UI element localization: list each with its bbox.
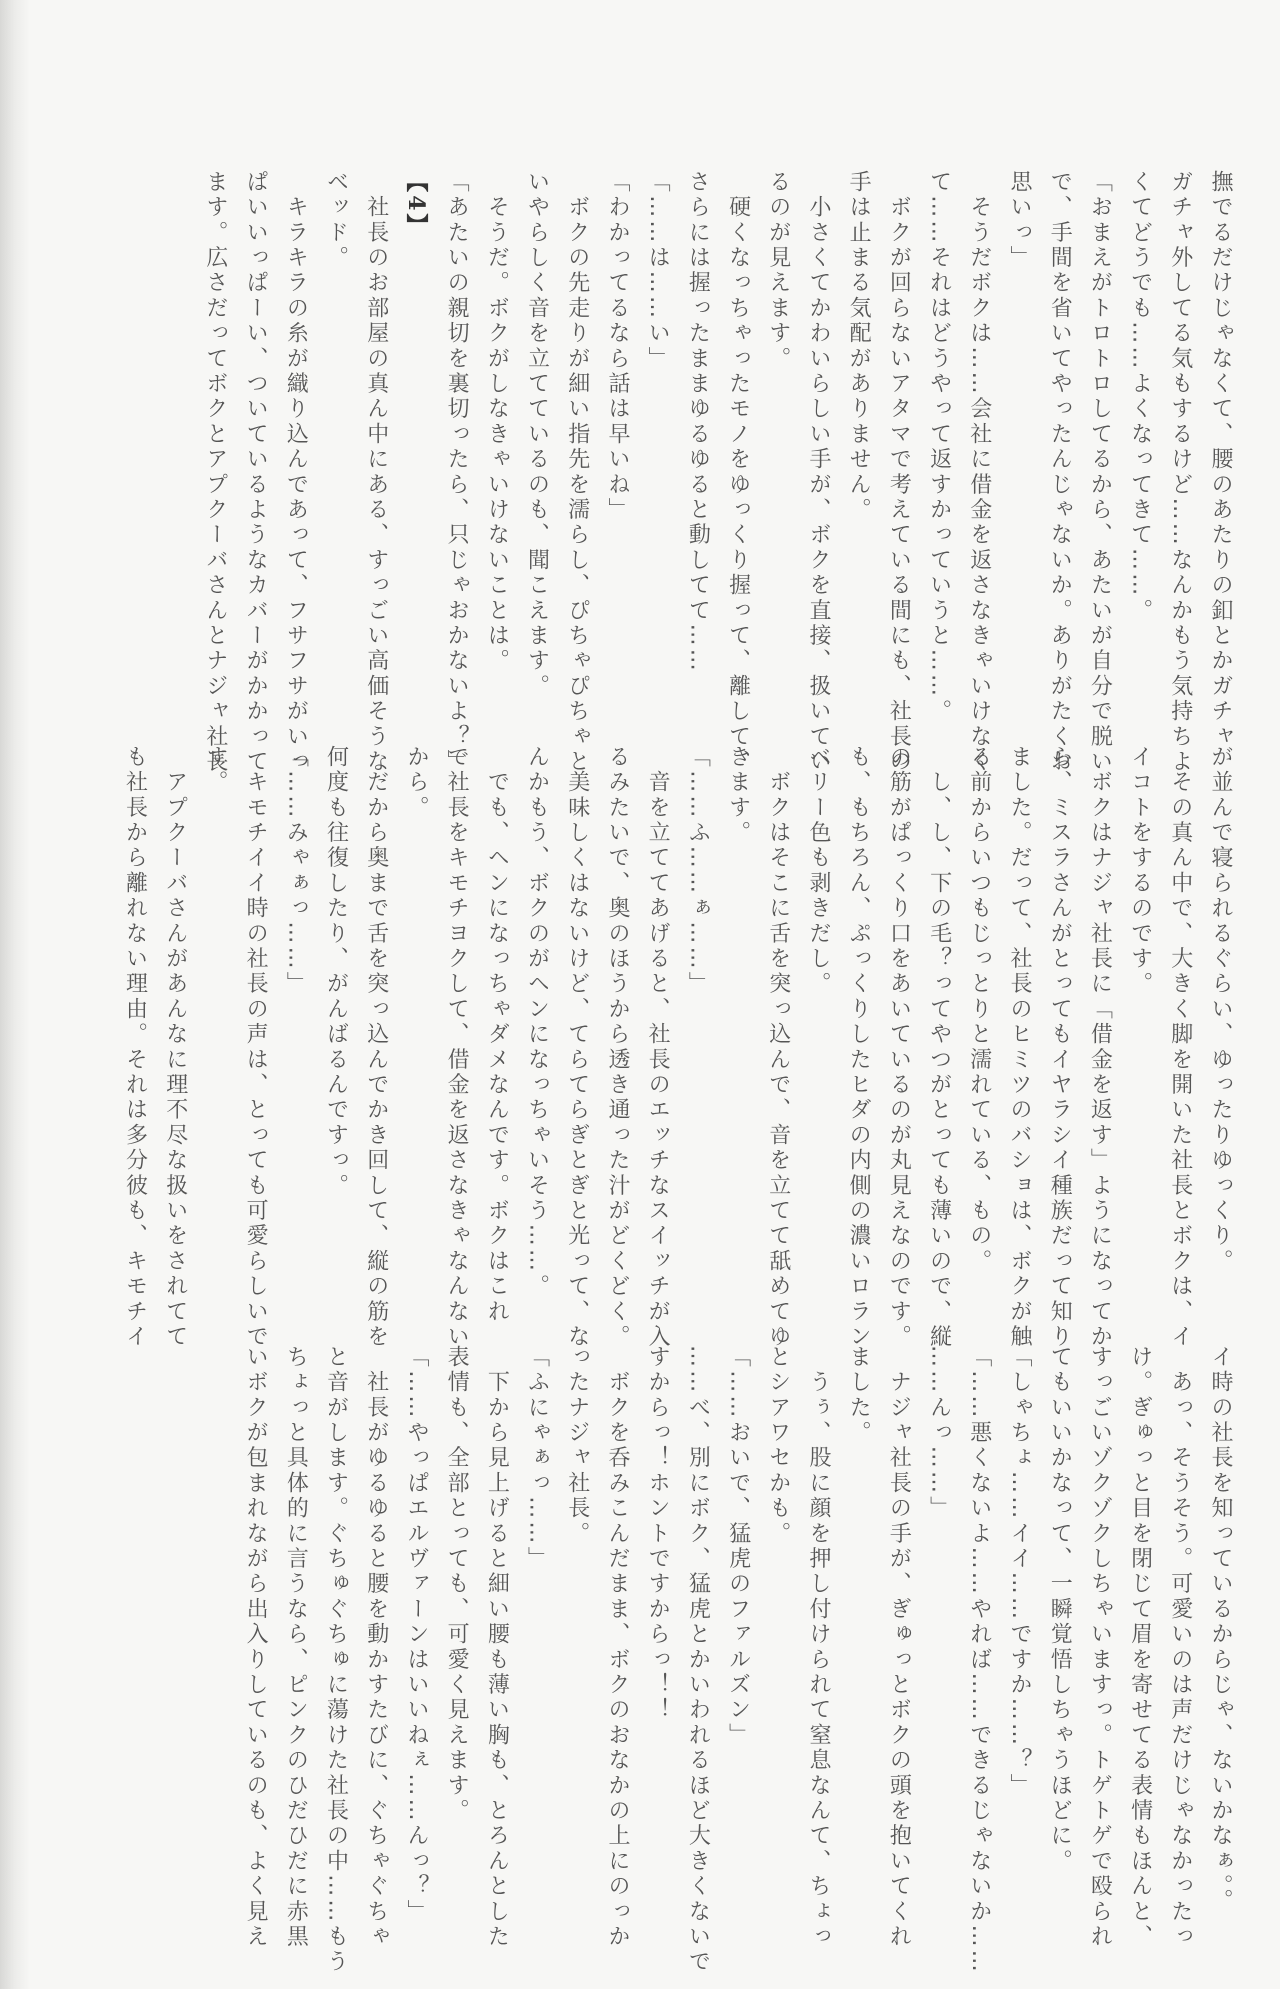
- text-line: 「……は……い」: [637, 170, 677, 715]
- text-tier-middle: が並んで寝られるぐらい、ゆったりゆっくり。 その真ん中で、大きく脚を開いた社長と…: [10, 745, 1240, 1285]
- text-line: ました。だって、社長のヒミツのバショは、ボクが触: [999, 745, 1039, 1285]
- text-line: ぱいいっぱーい、ついているようなカバーがかかって: [235, 170, 275, 715]
- text-line: 「……やっぱエルヴァーンはいいねぇ……んっ？」: [396, 1345, 436, 1885]
- text-line: ナジャ社長の手が、ぎゅっとボクの頭を抱いてくれ: [878, 1345, 918, 1885]
- text-line: ボクはそこに舌を突っ込んで、音を立てて舐めてゆ: [758, 745, 798, 1285]
- text-line: 音を立ててあげると、社長のエッチなスイッチが入: [637, 745, 677, 1285]
- text-line: いやらしく音を立てているのも、聞こえます。: [516, 170, 556, 715]
- text-line: そうだ。ボクがしなきゃいけないことは。: [476, 170, 516, 715]
- text-line: 美味しくはないけど、てらてらぎとぎと光って、な: [557, 745, 597, 1285]
- text-line: てもいいかなって、一瞬覚悟しちゃうほどに。: [1039, 1345, 1079, 1885]
- text-line: 手は止まる気配がありません。: [838, 170, 878, 715]
- text-line: あっ、そうそう。可愛いのは声だけじゃなかったっ: [1160, 1345, 1200, 1885]
- text-line: 「ふにゃぁっ……」: [516, 1345, 556, 1885]
- text-line: イコトをするのです。: [1119, 745, 1159, 1285]
- text-line: イ時の社長を知っているからじゃ、ないかなぁ。。: [1200, 1345, 1240, 1885]
- chapter-heading: 【4】: [396, 170, 436, 715]
- text-line: 「……ふ……ぁ……」: [677, 745, 717, 1285]
- text-line: の筋がぱっくり口をあいているのが丸見えなのです。: [878, 745, 918, 1285]
- text-line: すっごいゾクゾクしちゃいますっ。トゲトゲで殴られ: [1079, 1345, 1119, 1885]
- text-line: け。ぎゅっと目を閉じて眉を寄せてる表情もほんと、: [1119, 1345, 1159, 1885]
- text-line: ガチャ外してる気もするけど……なんかもう気持ちよ: [1160, 170, 1200, 715]
- text-line: ら、ミスラさんがとってもイヤラシイ種族だって知り: [1039, 745, 1079, 1285]
- text-line: ボクが回らないアタマで考えている間にも、社長の: [878, 170, 918, 715]
- text-line: 社長がゆるゆると腰を動かすたびに、ぐちゃぐちゃ: [356, 1345, 396, 1885]
- text-line: キモチイイ時の社長の声は、とっても可愛らしいで: [235, 745, 275, 1285]
- text-line: 「あたいの親切を裏切ったら、只じゃおかないよ？」: [436, 170, 476, 715]
- text-line: 社長のお部屋の真ん中にある、すっごい高価そうな: [356, 170, 396, 715]
- text-line: さらには握ったままゆるゆると動してて……: [677, 170, 717, 715]
- text-line: すからっ！ホントですからっ！！: [637, 1345, 677, 1885]
- text-line: し、し、下の毛？ってやつがとっても薄いので、縦: [918, 745, 958, 1285]
- text-line: 思いっ」: [999, 170, 1039, 715]
- text-line: うぅ、股に顔を押し付けられて窒息なんて、ちょっ: [798, 1345, 838, 1885]
- text-line: 撫でるだけじゃなくて、腰のあたりの釦とかガチャ: [1200, 170, 1240, 715]
- text-line: ボクの先走りが細い指先を濡らし、ぴちゃぴちゃと: [557, 170, 597, 715]
- text-line: ボクはナジャ社長に「借金を返す」ようになってか: [1079, 745, 1119, 1285]
- text-line: アプクーバさんがあんなに理不尽な扱いをされてて: [155, 745, 195, 1285]
- text-line: ……べ、別にボク、猛虎とかいわれるほど大きくないで: [677, 1345, 717, 1885]
- text-line: るのが見えます。: [758, 170, 798, 715]
- text-line: も、もちろん、ぷっくりしたヒダの内側の濃いロラン: [838, 745, 878, 1285]
- text-line: きます。: [717, 745, 757, 1285]
- text-line: ベッド。: [315, 170, 355, 715]
- text-line: 何度も往復したり、がんばるんですっ。: [315, 745, 355, 1285]
- text-line: 小さくてかわいらしい手が、ボクを直接、扱いてい: [798, 170, 838, 715]
- text-line: が並んで寝られるぐらい、ゆったりゆっくり。: [1200, 745, 1240, 1285]
- text-line: 表情も、全部とっても、可愛く見えます。: [436, 1345, 476, 1885]
- text-line: ます。広さだってボクとアプクーバさんとナジャ社長: [195, 170, 235, 715]
- text-line: るみたいで、奥のほうから透き通った汁がどくどく。: [597, 745, 637, 1285]
- text-line: から。: [396, 745, 436, 1285]
- text-line: とシアワセかも。: [758, 1345, 798, 1885]
- text-line: くてどうでも……よくなってきて……。: [1119, 170, 1159, 715]
- text-line: んかもう、ボクのがヘンになっちゃいそう……。: [516, 745, 556, 1285]
- text-line: その真ん中で、大きく脚を開いた社長とボクは、イ: [1160, 745, 1200, 1285]
- text-line: で社長をキモチヨクして、借金を返さなきゃなんない: [436, 745, 476, 1285]
- text-line: ったナジャ社長。: [557, 1345, 597, 1885]
- text-line: ちょっと具体的に言うなら、ピンクのひだひだに赤黒: [275, 1345, 315, 1885]
- text-line: る前からいつもじっとりと濡れている、もの。: [959, 745, 999, 1285]
- text-line: も社長から離れない理由。それは多分彼も、キモチイ: [114, 745, 154, 1285]
- text-line: て……それはどうやって返すかっていうと……。: [918, 170, 958, 715]
- text-line: 硬くなっちゃったモノをゆっくり握って、離して、: [717, 170, 757, 715]
- text-line: 「わかってるなら話は早いね」: [597, 170, 637, 715]
- text-line: 「おまえがトロトロしてるから、あたいが自分で脱い: [1079, 170, 1119, 715]
- text-line: ベリー色も剥きだし。: [798, 745, 838, 1285]
- text-line: 「しゃちょ……イイ……ですか……？」: [999, 1345, 1039, 1885]
- text-line: ……んっ……」: [918, 1345, 958, 1885]
- text-line: 「……悪くないよ……やれば……できるじゃないか……: [959, 1345, 999, 1885]
- text-line: 「……みゃぁっ……」: [275, 745, 315, 1285]
- text-tier-top: 撫でるだけじゃなくて、腰のあたりの釦とかガチャ ガチャ外してる気もするけど……な…: [10, 170, 1240, 715]
- text-line: ボクを呑みこんだまま、ボクのおなかの上にのっか: [597, 1345, 637, 1885]
- text-line: キラキラの糸が織り込んであって、フサフサがいっ: [275, 170, 315, 715]
- text-line: だから奥まで舌を突っ込んでかき回して、縦の筋を: [356, 745, 396, 1285]
- text-line: いボクが包まれながら出入りしているのも、よく見え: [235, 1345, 275, 1885]
- text-line: ました。: [838, 1345, 878, 1885]
- text-line: そうだボクは……会社に借金を返さなきゃいけなく: [959, 170, 999, 715]
- text-line: 「……おいで、猛虎のファルズン」: [717, 1345, 757, 1885]
- text-line: 下から見上げると細い腰も薄い胸も、とろんとした: [476, 1345, 516, 1885]
- text-tier-bottom: イ時の社長を知っているからじゃ、ないかなぁ。。 あっ、そうそう。可愛いのは声だけ…: [10, 1345, 1240, 1885]
- text-line: で、手間を省いてやったんじゃないか。ありがたくお: [1039, 170, 1079, 715]
- text-line: す。: [195, 745, 235, 1285]
- text-line: でも、ヘンになっちゃダメなんです。ボクはこれ: [476, 745, 516, 1285]
- text-line: と音がします。ぐちゅぐちゅに蕩けた社長の中……もう: [315, 1345, 355, 1885]
